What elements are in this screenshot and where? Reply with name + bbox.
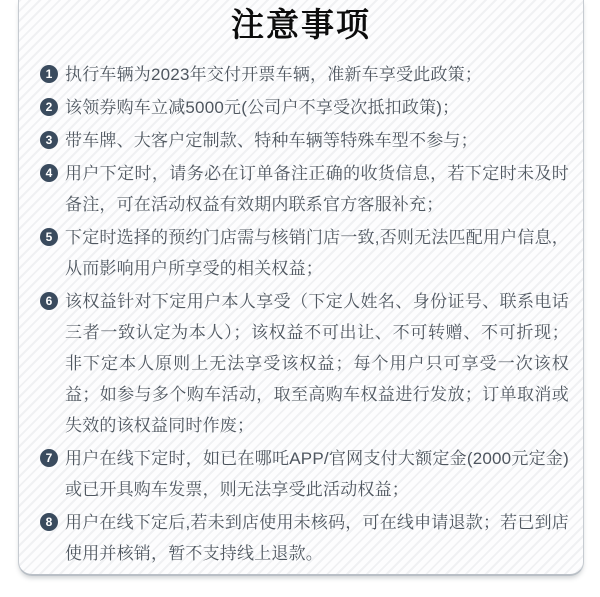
item-text: 该权益针对下定用户本人享受（下定人姓名、身份证号、联系电话三者一致认定为本人）；… [65, 292, 569, 435]
item-text: 带车牌、大客户定制款、特种车辆等特殊车型不参与； [65, 131, 478, 150]
list-item: 7 用户在线下定时，如已在哪吒APP/官网支付大额定金(2000元定金)或已开具… [40, 443, 569, 505]
item-number-badge: 6 [40, 292, 58, 310]
notice-card: 注意事项 1 执行车辆为2023年交付开票车辆，准新车享受此政策； 2 该领券购… [18, 0, 584, 576]
item-text: 用户在线下定时，如已在哪吒APP/官网支付大额定金(2000元定金)或已开具购车… [65, 449, 569, 499]
page: 注意事项 1 执行车辆为2023年交付开票车辆，准新车享受此政策； 2 该领券购… [0, 0, 600, 597]
item-text: 用户在线下定后,若未到店使用未核码，可在线申请退款；若已到店使用并核销，暂不支持… [65, 513, 569, 563]
item-text: 下定时选择的预约门店需与核销门店一致,否则无法匹配用户信息，从而影响用户所享受的… [65, 228, 569, 278]
list-item: 4 用户下定时，请务必在订单备注正确的收货信息，若下定时未及时备注，可在活动权益… [40, 158, 569, 220]
list-item: 5 下定时选择的预约门店需与核销门店一致,否则无法匹配用户信息，从而影响用户所享… [40, 222, 569, 284]
item-number-badge: 1 [40, 65, 58, 83]
item-text: 该领券购车立减5000元(公司户不享受次抵扣政策)； [65, 98, 459, 117]
item-number-badge: 2 [40, 98, 58, 116]
item-number-badge: 4 [40, 164, 58, 182]
list-item: 1 执行车辆为2023年交付开票车辆，准新车享受此政策； [40, 59, 569, 90]
page-title: 注意事项 [19, 4, 583, 46]
list-item: 2 该领券购车立减5000元(公司户不享受次抵扣政策)； [40, 92, 569, 123]
list-item: 6 该权益针对下定用户本人享受（下定人姓名、身份证号、联系电话三者一致认定为本人… [40, 286, 569, 441]
item-number-badge: 8 [40, 513, 58, 531]
item-number-badge: 5 [40, 228, 58, 246]
item-text: 用户下定时，请务必在订单备注正确的收货信息，若下定时未及时备注，可在活动权益有效… [65, 164, 569, 214]
item-number-badge: 3 [40, 131, 58, 149]
list-item: 8 用户在线下定后,若未到店使用未核码，可在线申请退款；若已到店使用并核销，暂不… [40, 507, 569, 569]
item-number-badge: 7 [40, 449, 58, 467]
list-item: 3 带车牌、大客户定制款、特种车辆等特殊车型不参与； [40, 125, 569, 156]
notes-list: 1 执行车辆为2023年交付开票车辆，准新车享受此政策； 2 该领券购车立减50… [40, 59, 569, 569]
item-text: 执行车辆为2023年交付开票车辆，准新车享受此政策； [65, 65, 482, 84]
